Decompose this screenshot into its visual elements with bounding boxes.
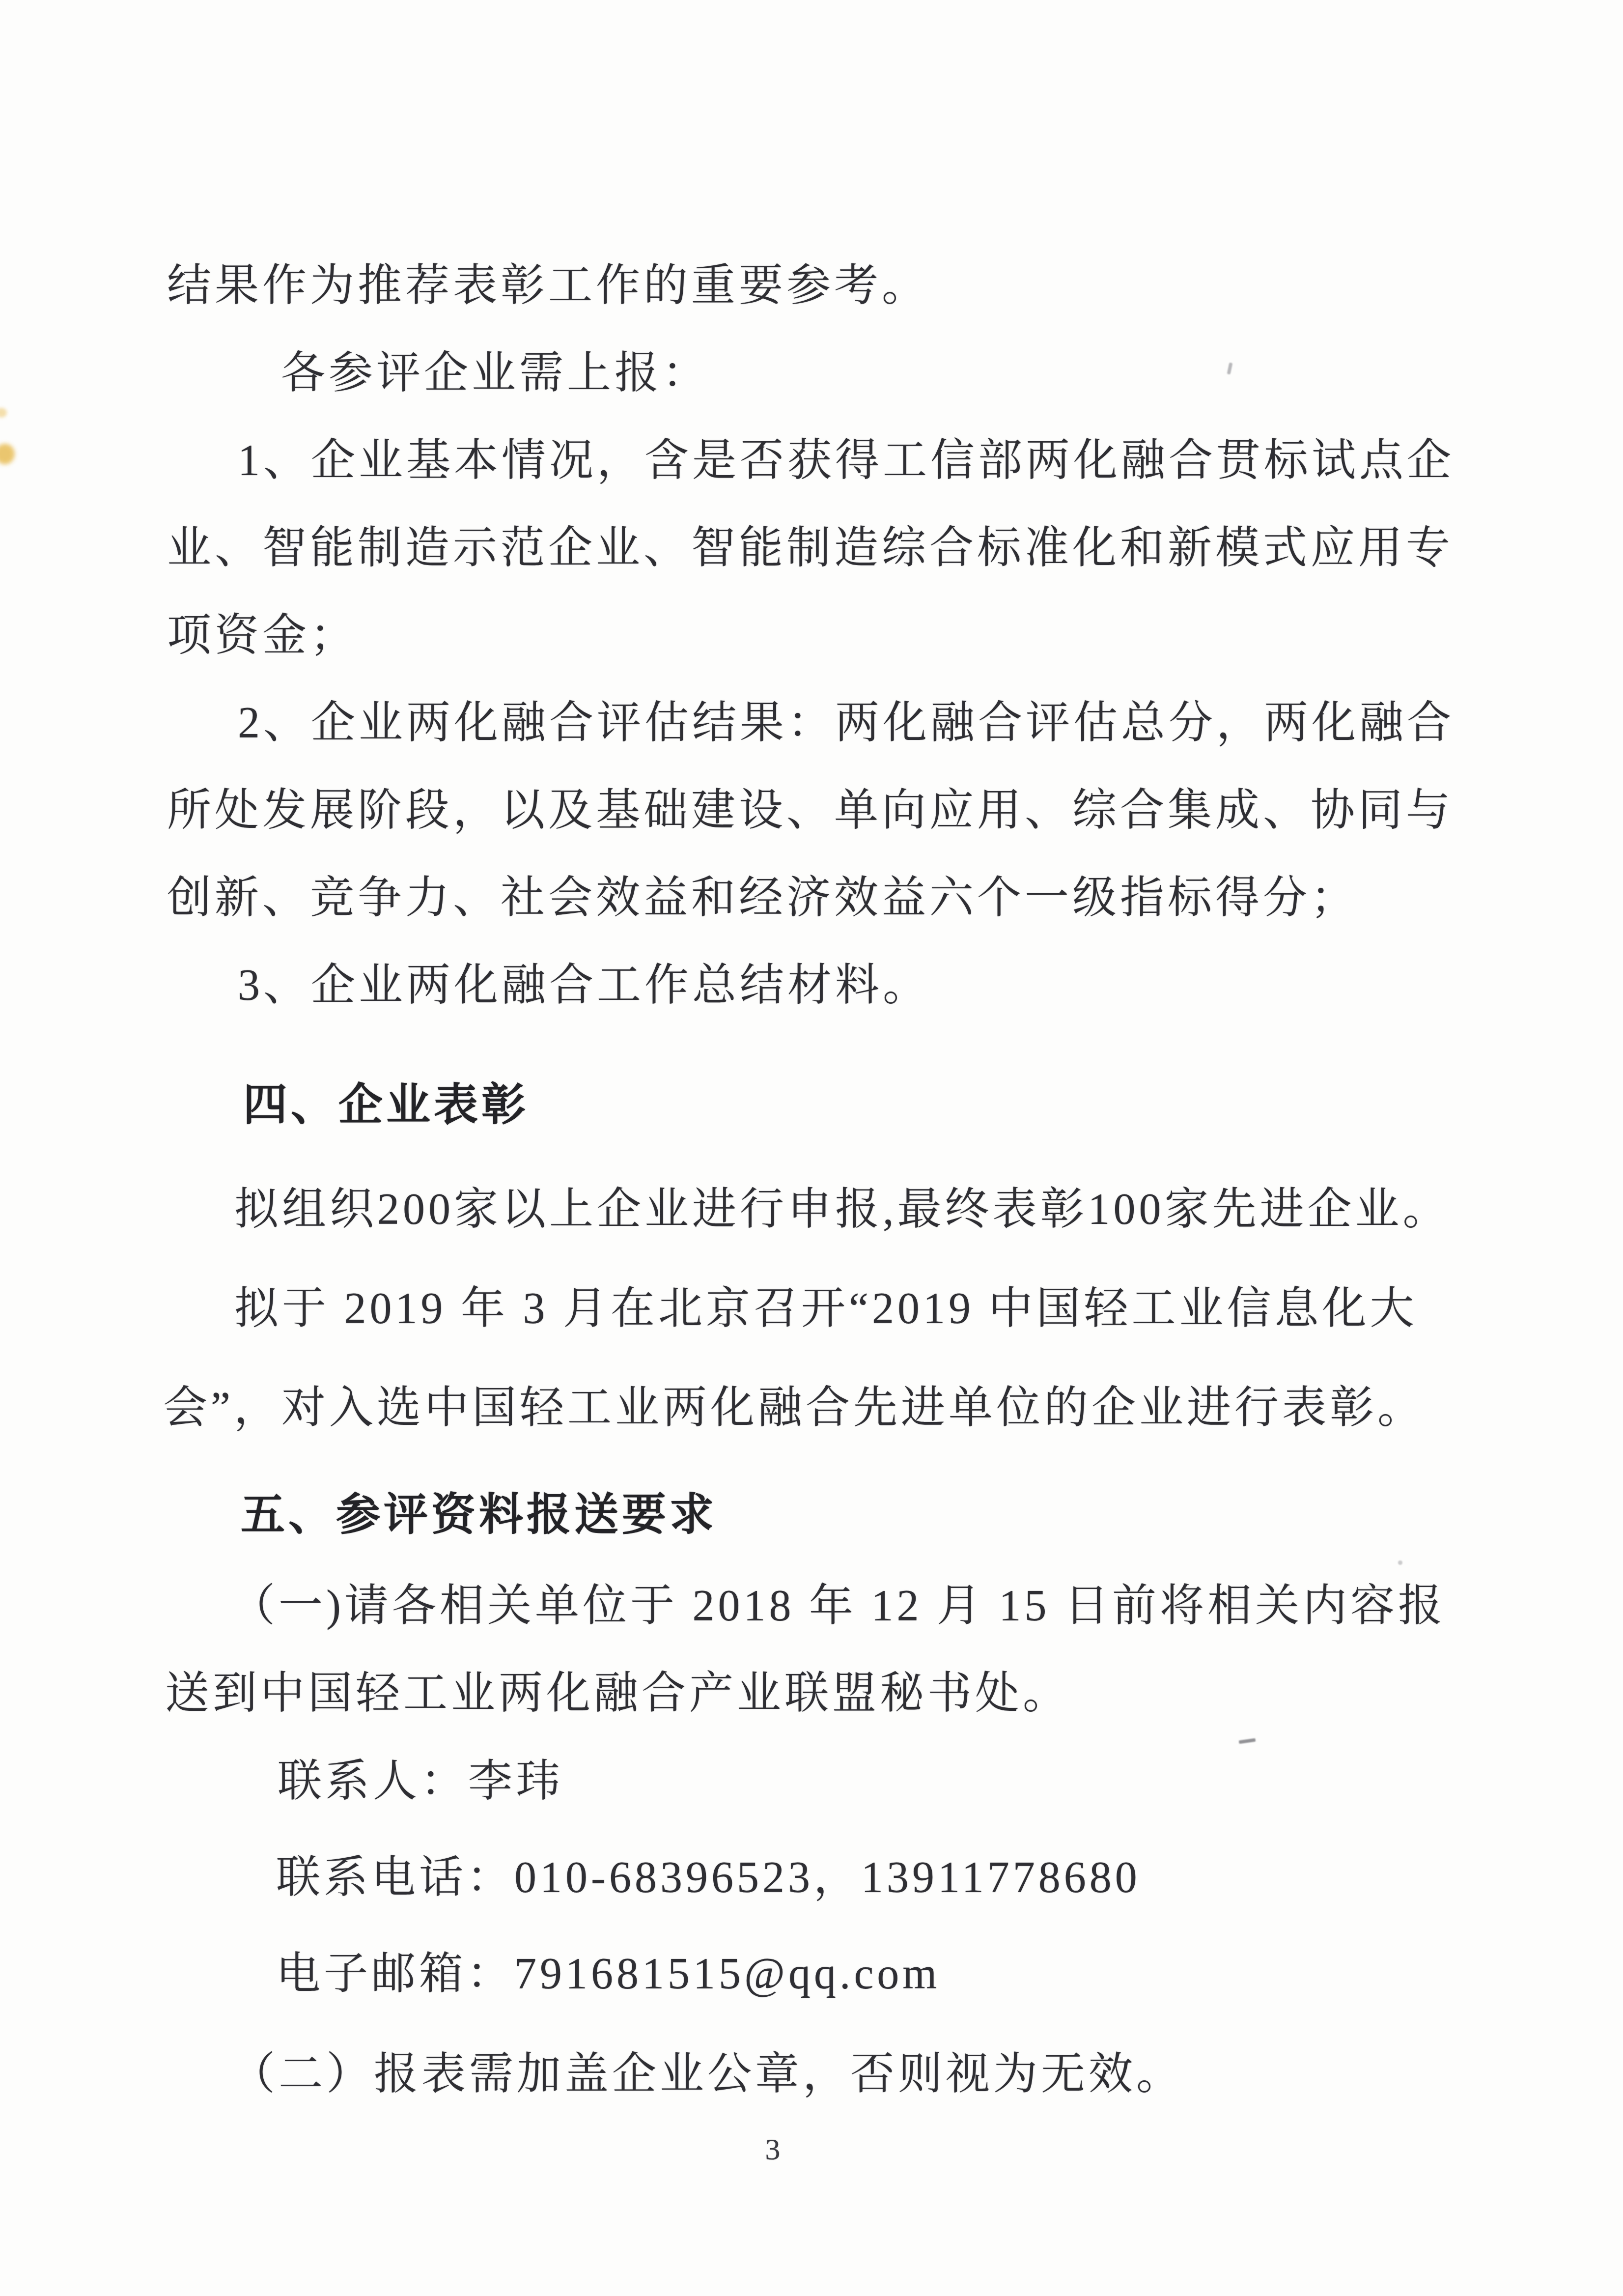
body-line: 各参评企业需上报： (281, 347, 710, 400)
scan-stain-artifact (0, 444, 15, 464)
page-number: 3 (751, 2132, 795, 2167)
list-item-line: 创新、竞争力、社会效益和经济效益六个一级指标得分； (167, 872, 1358, 925)
scan-mark-artifact (1239, 1738, 1256, 1744)
section-heading: 四、企业表彰 (243, 1079, 529, 1132)
scanned-page: 结果作为推荐表彰工作的重要参考。 各参评企业需上报： 1、企业基本情况，含是否获… (0, 0, 1623, 2296)
scan-mark-artifact (1227, 363, 1233, 375)
contact-person-line: 联系人：李玮 (278, 1755, 563, 1808)
body-line: 送到中国轻工业两化融合产业联盟秘书处。 (165, 1667, 1070, 1720)
contact-email-line: 电子邮箱：791681515@qq.com (276, 1948, 940, 2001)
body-line: 拟组织200家以上企业进行申报,最终表彰100家先进企业。 (234, 1183, 1451, 1236)
list-item-line: 3、企业两化融合工作总结材料。 (238, 959, 930, 1012)
list-item-line: 业、智能制造示范企业、智能制造综合标准化和新模式应用专 (167, 522, 1454, 575)
body-line: 拟于 2019 年 3 月在北京召开“2019 中国轻工业信息化大 (234, 1282, 1417, 1335)
body-line: 会”，对入选中国轻工业两化融合先进单位的企业进行表彰。 (163, 1382, 1425, 1435)
scan-stain-artifact (0, 408, 7, 418)
list-item-line: 项资金； (167, 609, 358, 662)
list-item-line: 1、企业基本情况，含是否获得工信部两化融合贯标试点企 (238, 434, 1455, 487)
contact-phone-line: 联系电话：010-68396523，13911778680 (276, 1851, 1141, 1904)
body-line: （一)请各相关单位于 2018 年 12 月 15 日前将相关内容报 (231, 1580, 1446, 1633)
list-item-line: 所处发展阶段，以及基础建设、单向应用、综合集成、协同与 (167, 784, 1454, 837)
scan-speck-artifact (1398, 1560, 1402, 1565)
body-line: 结果作为推荐表彰工作的重要参考。 (167, 259, 929, 312)
list-item-line: 2、企业两化融合评估结果：两化融合评估总分，两化融合 (238, 697, 1455, 750)
section-heading: 五、参评资料报送要求 (241, 1489, 717, 1542)
body-line: （二）报表需加盖企业公章，否则视为无效。 (231, 2048, 1184, 2101)
